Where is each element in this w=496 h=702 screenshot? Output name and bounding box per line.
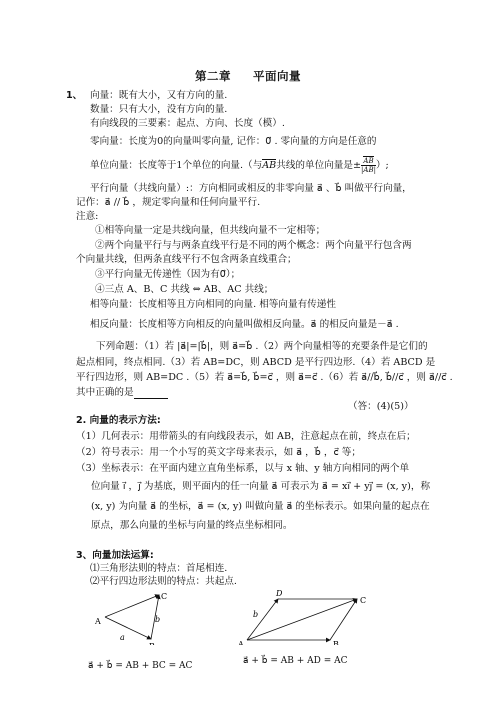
svg-text:D: D	[275, 589, 283, 598]
def-vector: 向量：既有大小，又有方向的量.	[90, 90, 227, 102]
segment-bc	[330, 599, 357, 640]
parallel-notation: 记作：a⃗ // b⃗ ，规定零向量和任何向量平行.	[76, 197, 260, 209]
note-1: ①相等向量一定是共线向量，但共线向量不一定相等；	[95, 225, 325, 237]
note-3: ③平行向量无传递性（因为有0⃗）；	[95, 269, 240, 281]
note-2: ②两个向量平行与与两条直线平行是不同的两个概念：两个向量平行包含两	[95, 240, 412, 252]
note-2-cont: 个向量共线，但两条直线平行不包含两条直线重合；	[76, 254, 297, 266]
chapter-title: 第二章平面向量	[0, 68, 496, 84]
triangle-rule: ⑴三角形法则的特点：首尾相连.	[90, 563, 227, 575]
repr-geometric: （1）几何表示：用带箭头的有向线段表示，如 AB，注意起点在前，终点在后；	[76, 431, 416, 443]
def-unit-vector: 单位向量：长度等于1个单位的向量.（与AB共线的单位向量是±AB|AB|）;	[90, 157, 389, 174]
proposition-line-3: 平行四边形，则 AB=DC .（5）若 a⃗=b⃗, b⃗=c⃗ ，则 a⃗=c…	[76, 372, 453, 384]
svg-text:C: C	[161, 592, 167, 601]
vector-ab: AB	[262, 160, 276, 172]
chapter-name: 平面向量	[253, 69, 301, 83]
document-page: 第二章平面向量 1、 向量：既有大小，又有方向的量. 数量：只有大小，没有方向的…	[0, 0, 496, 702]
answer: （答：(4)(5)）	[348, 401, 414, 413]
repr-coordinate-2: 位向量 i⃗ ，j⃗ 为基底，则平面内的任一向量 a⃗ 可表示为 a⃗ = xi…	[91, 481, 430, 493]
note-label: 注意:	[76, 211, 98, 223]
svg-text:b: b	[155, 615, 160, 624]
proposition-line-2: 起点相同，终点相同.（3）若 AB=DC，则 ABCD 是平行四边形.（4）若 …	[76, 357, 435, 369]
parallelogram-caption: a⃗ + b⃗ = AB + AD = AC	[243, 655, 348, 667]
svg-text:b: b	[253, 610, 258, 619]
def-opposite-vector: 相反向量：长度相等方向相反的向量叫做相反向量。a⃗ 的相反向量是－a⃗ .	[90, 319, 399, 331]
repr-coordinate: （3）坐标表示：在平面内建立直角坐标系，以与 x 轴、y 轴方向相同的两个单	[76, 463, 409, 475]
section3-heading: 3、向量加法运算:	[76, 550, 154, 562]
svg-text:A: A	[237, 640, 244, 645]
parallelogram-rule-diagram: A B C D a b	[235, 585, 385, 645]
proposition-line-1: 下列命题：（1）若 |a⃗|=|b⃗|，则 a⃗=b⃗ .（2）两个向量相等的充…	[96, 341, 428, 353]
triangle-caption: a⃗ + b⃗ = AB + BC = AC	[88, 660, 192, 672]
vector-ac-arrow	[105, 595, 159, 617]
repr-coordinate-3: (x, y) 为向量 a⃗ 的坐标，a⃗ = (x, y) 叫做向量 a⃗ 的坐…	[91, 501, 430, 513]
svg-text:A: A	[94, 617, 101, 626]
repr-coordinate-4: 原点，那么向量的坐标与向量的终点坐标相同。	[91, 520, 292, 532]
note-4: ④三点 A、B、C 共线 ⇔ AB、AC 共线；	[95, 284, 273, 296]
unit-vector-fraction: AB|AB|	[361, 157, 376, 174]
triangle-rule-diagram: A B C a b	[85, 585, 195, 645]
repr-symbolic: （2）符号表示：用一个小写的英文字母来表示，如 a⃗ ，b⃗ ，c⃗ 等；	[76, 447, 361, 459]
def-parallel-vector: 平行向量（共线向量）:：方向相同或相反的非零向量 a⃗ 、b⃗ 叫做平行向量，	[90, 183, 412, 195]
svg-text:a: a	[120, 633, 125, 642]
chapter-number: 第二章	[195, 69, 231, 83]
svg-text:C: C	[360, 596, 366, 605]
section2-heading: 2. 向量的表示方法:	[76, 415, 161, 427]
def-zero-vector: 零向量：长度为0的向量叫零向量, 记作：0⃗ . 零向量的方向是任意的	[90, 136, 377, 148]
vector-ac-diagonal	[247, 599, 357, 640]
svg-text:a: a	[285, 644, 290, 645]
vector-a-arrow	[105, 617, 151, 639]
def-equal-vector: 相等向量：长度相等且方向相同的向量. 相等向量有传递性	[90, 299, 336, 311]
answer-blank	[134, 389, 168, 399]
section1-number: 1、	[66, 90, 82, 102]
def-directed-segment: 有向线段的三要素：起点、方向、长度（模）.	[90, 118, 285, 130]
question-line: 其中正确的是	[76, 387, 168, 399]
def-scalar: 数量：只有大小，没有方向的量.	[90, 104, 227, 116]
svg-text:B: B	[333, 640, 339, 645]
svg-text:B: B	[149, 642, 155, 645]
